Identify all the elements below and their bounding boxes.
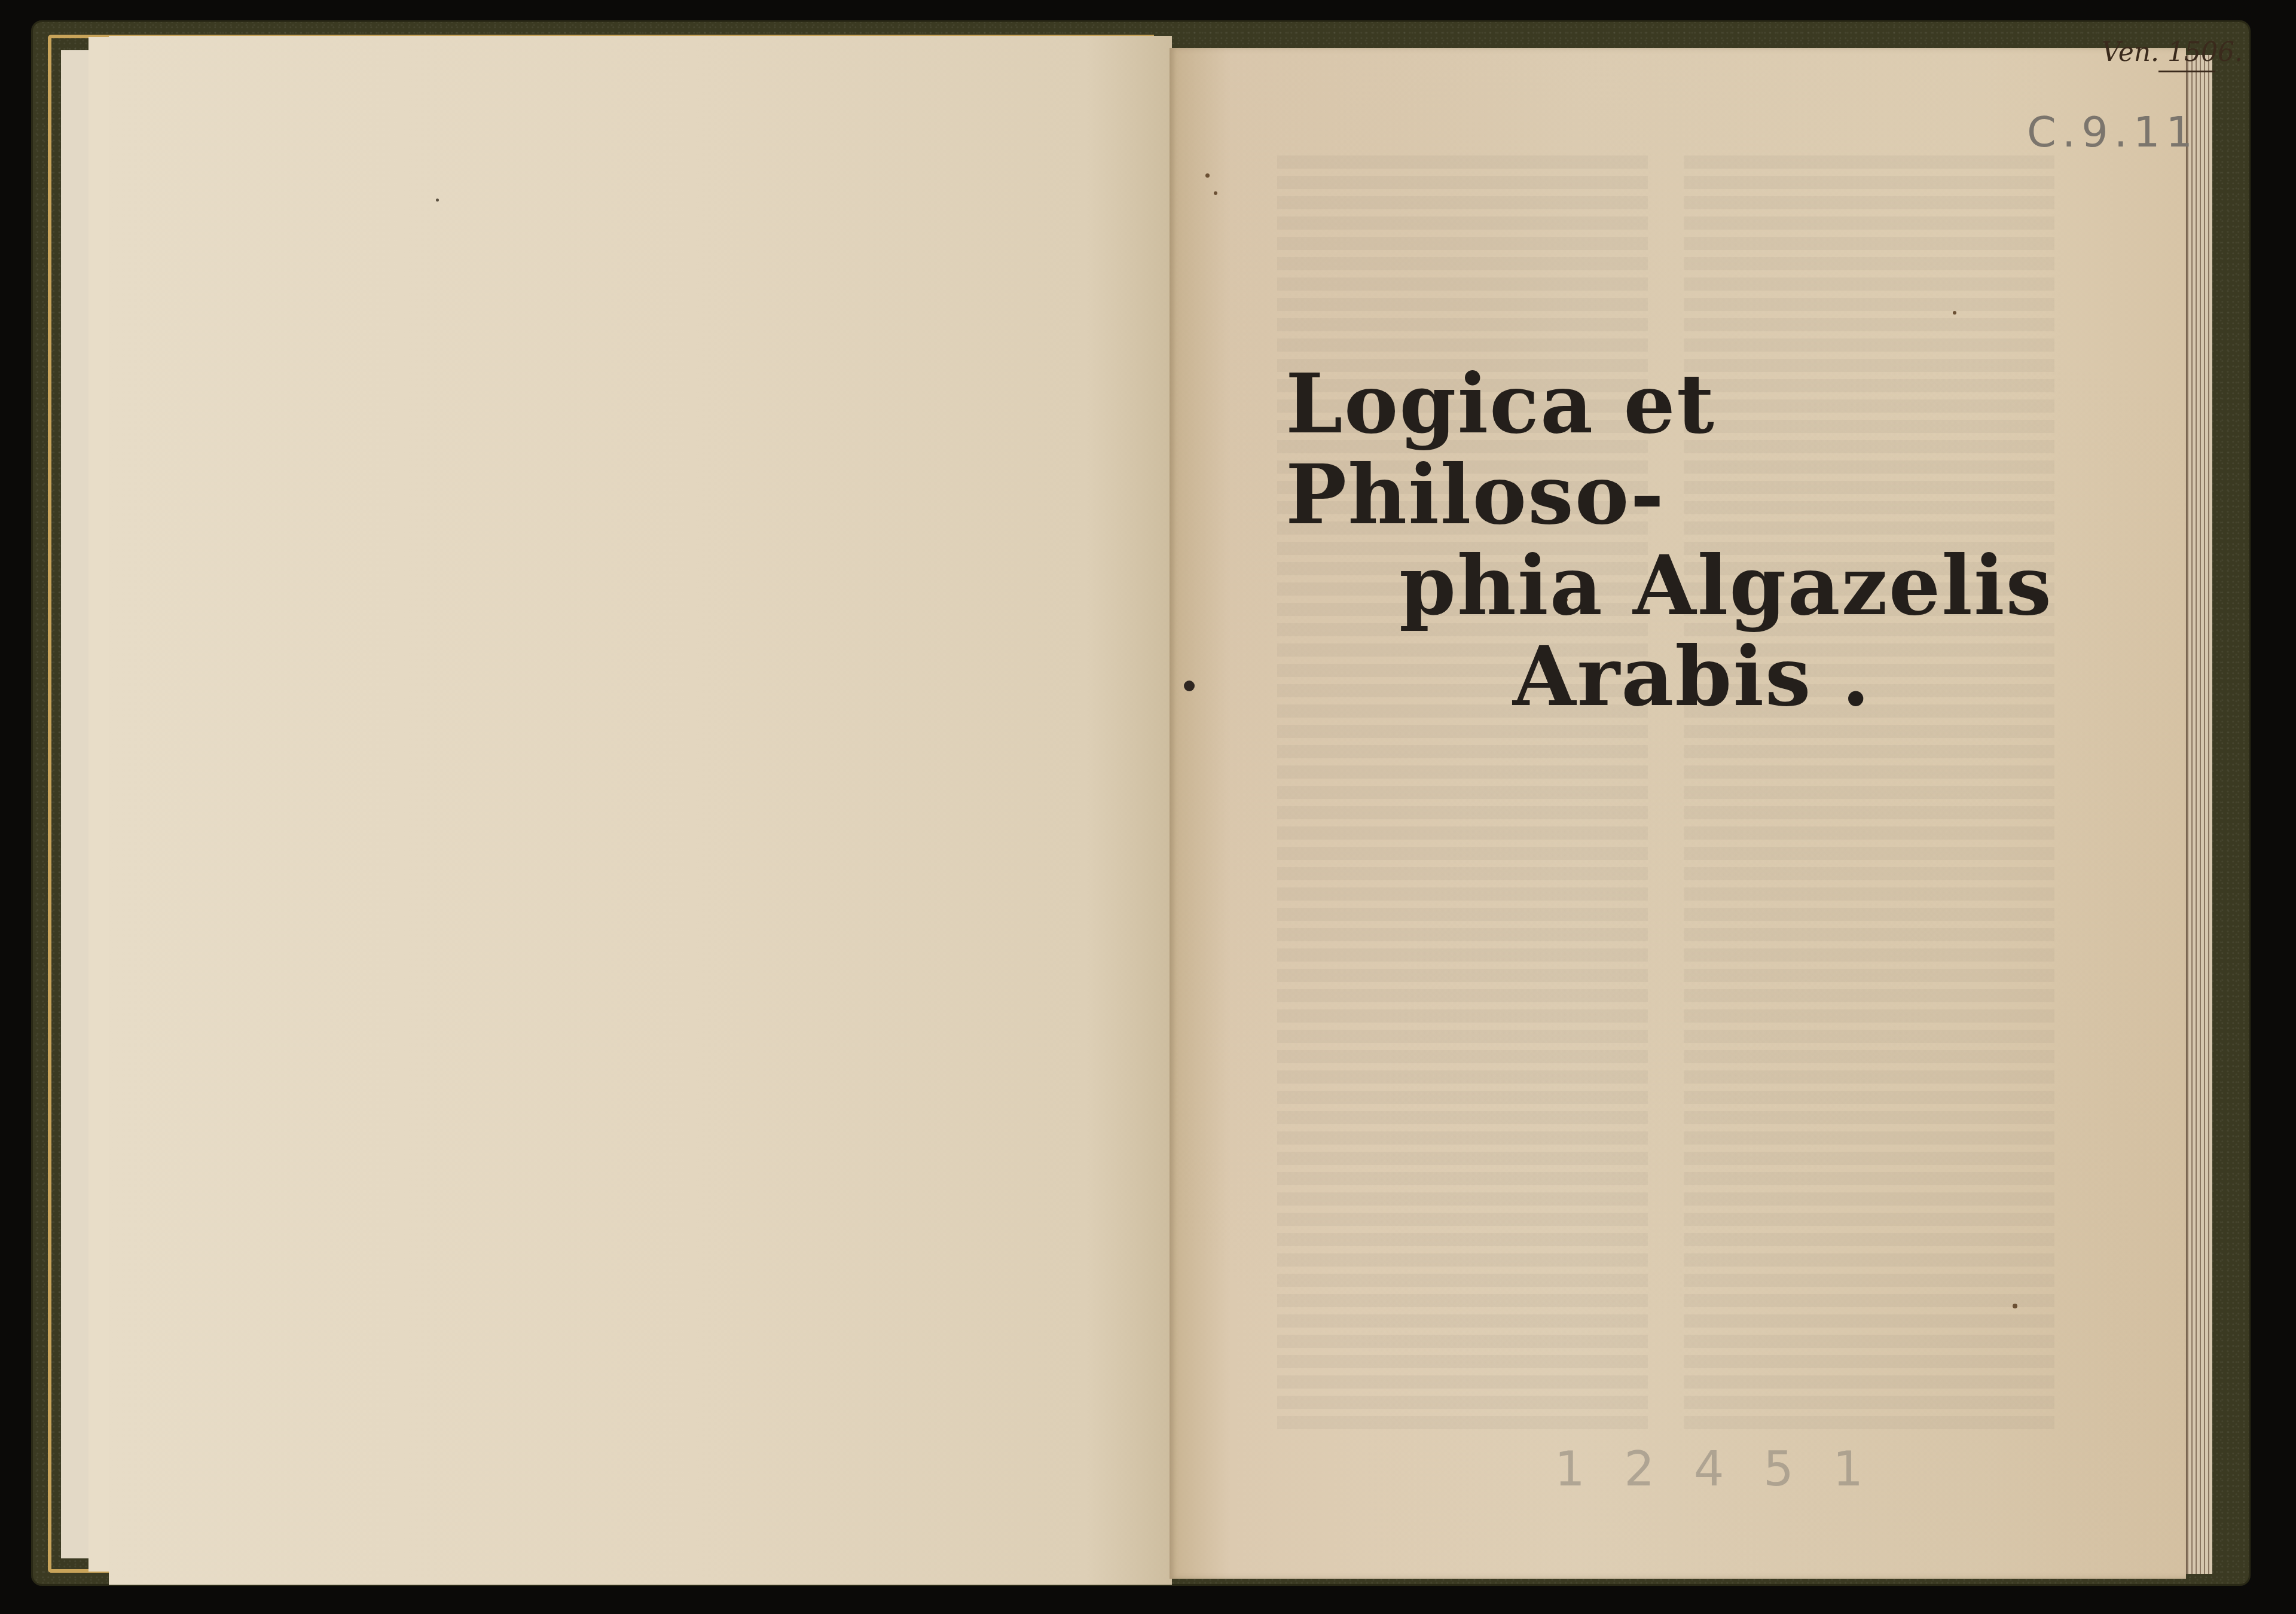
foxing-spot bbox=[1953, 311, 1956, 315]
ink-spot bbox=[1184, 681, 1195, 691]
title-line-3: Arabis . bbox=[1268, 631, 2105, 722]
text-block-edges bbox=[2186, 55, 2212, 1574]
pencil-bottom-note: 1 2 4 5 1 bbox=[1555, 1441, 1875, 1497]
foxing-spot bbox=[1214, 191, 1217, 195]
show-through-column-left bbox=[1277, 155, 1648, 1435]
pencil-shelfmark: C.9.11 bbox=[2027, 108, 2199, 157]
show-through-column-right bbox=[1684, 155, 2054, 1435]
ink-underline bbox=[2158, 71, 2215, 72]
left-page-blank bbox=[109, 36, 1172, 1585]
ink-annotation: Ven. 1506. bbox=[2102, 37, 2243, 68]
title-line-2: phia Algazelis bbox=[1268, 541, 2105, 631]
title-page bbox=[1170, 48, 2186, 1579]
foxing-spot bbox=[1205, 173, 1210, 178]
title-line-1: Logica et Philoso- bbox=[1268, 359, 2105, 541]
foxing-spot bbox=[2013, 1304, 2017, 1308]
paper-fleck bbox=[436, 199, 439, 202]
book-title: Logica et Philoso- phia Algazelis Arabis… bbox=[1268, 359, 2105, 722]
